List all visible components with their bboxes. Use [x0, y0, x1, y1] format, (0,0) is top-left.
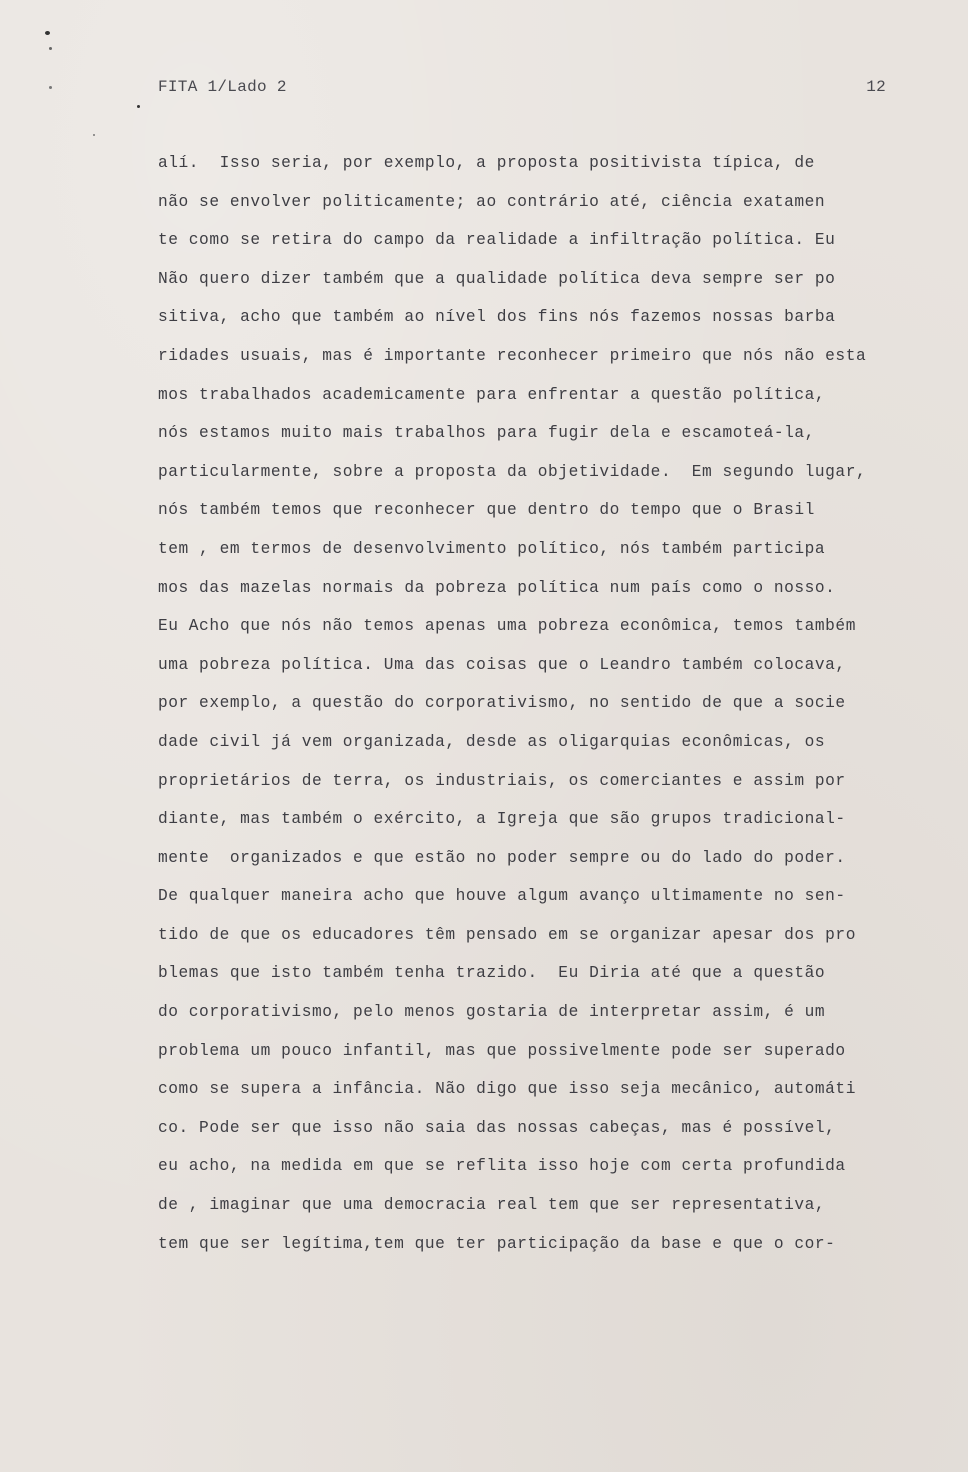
text-line: tem , em termos de desenvolvimento polít…: [158, 536, 958, 575]
text-line: diante, mas também o exército, a Igreja …: [158, 806, 958, 845]
ink-speck: [45, 31, 50, 35]
text-line: nós também temos que reconhecer que dent…: [158, 497, 958, 536]
text-line: te como se retira do campo da realidade …: [158, 227, 958, 266]
text-line: mos das mazelas normais da pobreza polít…: [158, 575, 958, 614]
text-line: por exemplo, a questão do corporativismo…: [158, 690, 958, 729]
text-line: alí. Isso seria, por exemplo, a proposta…: [158, 150, 958, 189]
text-line: mos trabalhados academicamente para enfr…: [158, 382, 958, 421]
transcript-body: alí. Isso seria, por exemplo, a proposta…: [158, 150, 958, 1269]
text-line: dade civil já vem organizada, desde as o…: [158, 729, 958, 768]
text-line: do corporativismo, pelo menos gostaria d…: [158, 999, 958, 1038]
text-line: particularmente, sobre a proposta da obj…: [158, 459, 958, 498]
ink-speck: [49, 86, 52, 89]
text-line: co. Pode ser que isso não saia das nossa…: [158, 1115, 958, 1154]
text-line: De qualquer maneira acho que houve algum…: [158, 883, 958, 922]
text-line: tem que ser legítima,tem que ter partici…: [158, 1231, 958, 1270]
text-line: nós estamos muito mais trabalhos para fu…: [158, 420, 958, 459]
page-header: FITA 1/Lado 2 12: [158, 78, 886, 100]
ink-speck: [137, 105, 140, 108]
ink-speck: [49, 47, 52, 50]
text-line: problema um pouco infantil, mas que poss…: [158, 1038, 958, 1077]
text-line: não se envolver politicamente; ao contrá…: [158, 189, 958, 228]
text-line: eu acho, na medida em que se reflita iss…: [158, 1153, 958, 1192]
text-line: blemas que isto também tenha trazido. Eu…: [158, 960, 958, 999]
text-line: proprietários de terra, os industriais, …: [158, 768, 958, 807]
text-line: Eu Acho que nós não temos apenas uma pob…: [158, 613, 958, 652]
tape-side-label: FITA 1/Lado 2: [158, 78, 287, 96]
text-line: como se supera a infância. Não digo que …: [158, 1076, 958, 1115]
page-number: 12: [866, 78, 886, 96]
text-line: mente organizados e que estão no poder s…: [158, 845, 958, 884]
text-line: tido de que os educadores têm pensado em…: [158, 922, 958, 961]
ink-speck: [93, 134, 95, 136]
text-line: Não quero dizer também que a qualidade p…: [158, 266, 958, 305]
text-line: de , imaginar que uma democracia real te…: [158, 1192, 958, 1231]
text-line: sitiva, acho que também ao nível dos fin…: [158, 304, 958, 343]
text-line: uma pobreza política. Uma das coisas que…: [158, 652, 958, 691]
text-line: ridades usuais, mas é importante reconhe…: [158, 343, 958, 382]
